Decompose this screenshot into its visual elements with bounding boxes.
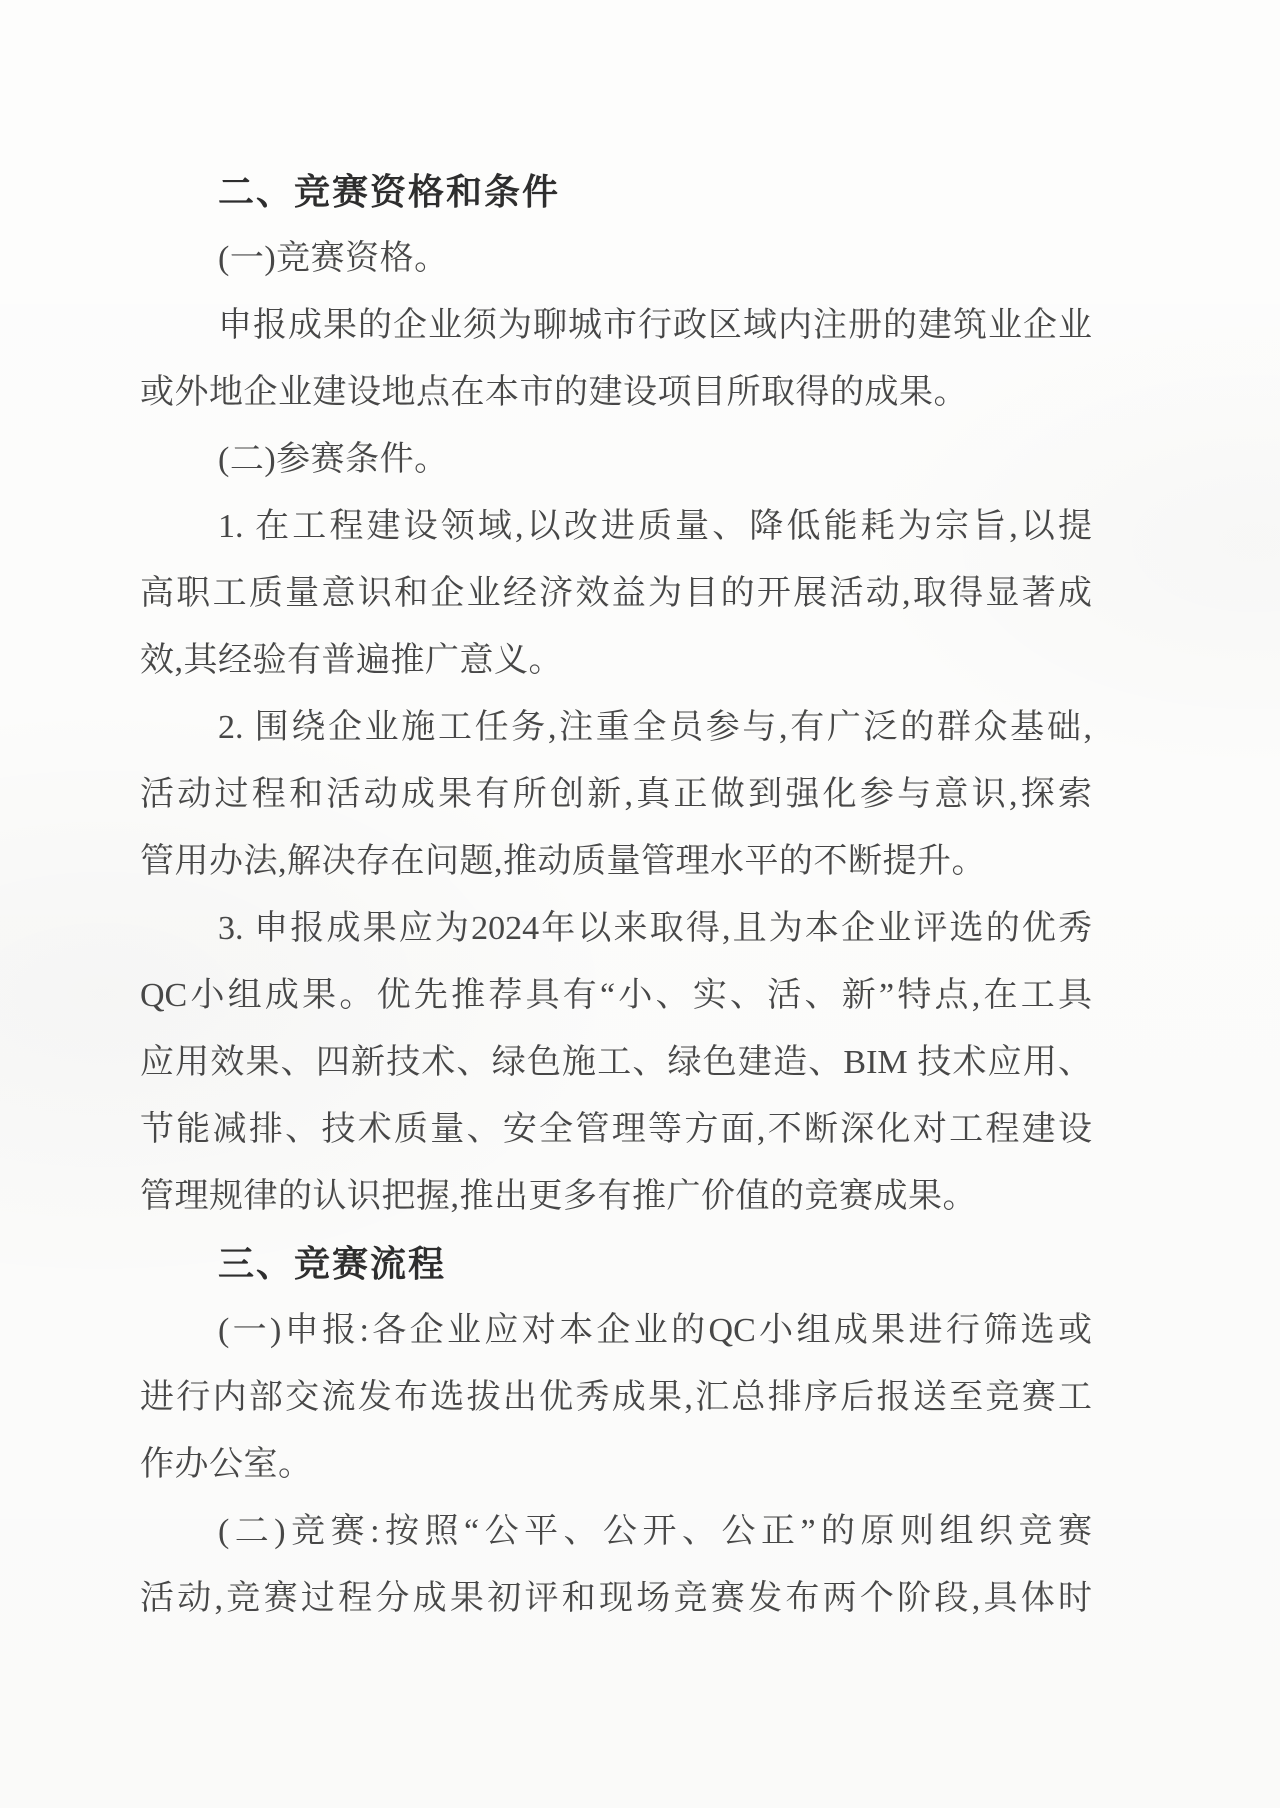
section-heading: 三、竞赛流程 (140, 1230, 1092, 1297)
text-line: (二)竞赛:按照“公平、公开、公正”的原则组织竞赛 (140, 1498, 1092, 1565)
text-line: 活动,竞赛过程分成果初评和现场竞赛发布两个阶段,具体时 (140, 1565, 1092, 1632)
scanned-document-page: 二、竞赛资格和条件(一)竞赛资格。申报成果的企业须为聊城市行政区域内注册的建筑业… (0, 0, 1280, 1808)
text-line: 管用办法,解决存在问题,推动质量管理水平的不断提升。 (140, 828, 1092, 895)
text-line: 3. 申报成果应为2024年以来取得,且为本企业评选的优秀 (140, 895, 1092, 962)
text-line: 申报成果的企业须为聊城市行政区域内注册的建筑业企业 (140, 292, 1092, 359)
text-line: 进行内部交流发布选拔出优秀成果,汇总排序后报送至竞赛工 (140, 1364, 1092, 1431)
text-line: 作办公室。 (140, 1431, 1092, 1498)
text-line: (一)竞赛资格。 (140, 225, 1092, 292)
text-line: (二)参赛条件。 (140, 426, 1092, 493)
text-line: 或外地企业建设地点在本市的建设项目所取得的成果。 (140, 359, 1092, 426)
text-line: 活动过程和活动成果有所创新,真正做到强化参与意识,探索 (140, 761, 1092, 828)
text-line: 2. 围绕企业施工任务,注重全员参与,有广泛的群众基础, (140, 694, 1092, 761)
text-line: 高职工质量意识和企业经济效益为目的开展活动,取得显著成 (140, 560, 1092, 627)
text-line: QC小组成果。优先推荐具有“小、实、活、新”特点,在工具 (140, 962, 1092, 1029)
text-line: 管理规律的认识把握,推出更多有推广价值的竞赛成果。 (140, 1163, 1092, 1230)
text-line: (一)申报:各企业应对本企业的QC小组成果进行筛选或 (140, 1297, 1092, 1364)
document-text-block: 二、竞赛资格和条件(一)竞赛资格。申报成果的企业须为聊城市行政区域内注册的建筑业… (140, 158, 1092, 1632)
text-line: 效,其经验有普遍推广意义。 (140, 627, 1092, 694)
text-line: 1. 在工程建设领域,以改进质量、降低能耗为宗旨,以提 (140, 493, 1092, 560)
section-heading: 二、竞赛资格和条件 (140, 158, 1092, 225)
text-line: 节能减排、技术质量、安全管理等方面,不断深化对工程建设 (140, 1096, 1092, 1163)
text-line: 应用效果、四新技术、绿色施工、绿色建造、BIM 技术应用、 (140, 1029, 1092, 1096)
